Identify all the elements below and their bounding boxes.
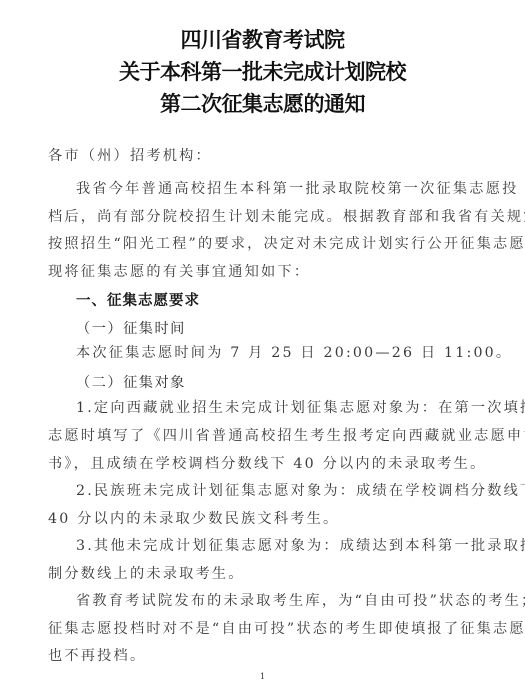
title-issuer: 四川省教育考试院	[0, 24, 525, 54]
note-line-2: 征集志愿投档时对不是“自由可投”状态的考生即使填报了征集志愿	[48, 620, 525, 638]
intro-line-4: 现将征集志愿的有关事宜通知如下：	[48, 263, 310, 281]
page-number: 1	[0, 672, 525, 681]
item2-line-1: 2.民族班未完成计划征集志愿对象为：成绩在学校调档分数线下	[76, 482, 525, 500]
item2-line-2: 40 分以内的未录取少数民族文科考生。	[48, 510, 339, 528]
item1-line-1: 1.定向西藏就业招生未完成计划征集志愿对象为：在第一次填报	[76, 399, 525, 417]
document-page: 四川省教育考试院 关于本科第一批未完成计划院校 第二次征集志愿的通知 各市（州）…	[0, 0, 525, 692]
item3-line-2: 制分数线上的未录取考生。	[48, 565, 245, 583]
subsection-heading-time: （一）征集时间	[76, 318, 186, 338]
item3-line-1: 3.其他未完成计划征集志愿对象为：成绩达到本科第一批录取控	[76, 537, 525, 555]
intro-line-3: 按照招生“阳光工程”的要求，决定对未完成计划实行公开征集志愿。	[48, 235, 525, 253]
section-heading-requirements: 一、征集志愿要求	[76, 289, 200, 310]
intro-line-2: 档后，尚有部分院校招生计划未能完成。根据教育部和我省有关规定，	[48, 208, 525, 226]
item1-line-2: 志愿时填写了《四川省普通高校招生考生报考定向西藏就业志愿申请	[48, 427, 525, 445]
salutation: 各市（州）招考机构：	[48, 147, 212, 165]
note-line-3: 也不再投档。	[48, 647, 146, 665]
collection-time-text: 本次征集志愿时间为 7 月 25 日 20:00—26 日 11:00。	[76, 344, 512, 362]
item1-line-3: 书》，且成绩在学校调档分数线下 40 分以内的未录取考生。	[48, 455, 486, 473]
title-notice: 第二次征集志愿的通知	[0, 88, 525, 118]
subsection-heading-targets: （二）征集对象	[76, 372, 186, 392]
title-subject: 关于本科第一批未完成计划院校	[0, 56, 525, 86]
intro-line-1: 我省今年普通高校招生本科第一批录取院校第一次征集志愿投	[76, 180, 518, 198]
note-line-1: 省教育考试院发布的未录取考生库，为“自由可投”状态的考生；	[76, 592, 525, 610]
